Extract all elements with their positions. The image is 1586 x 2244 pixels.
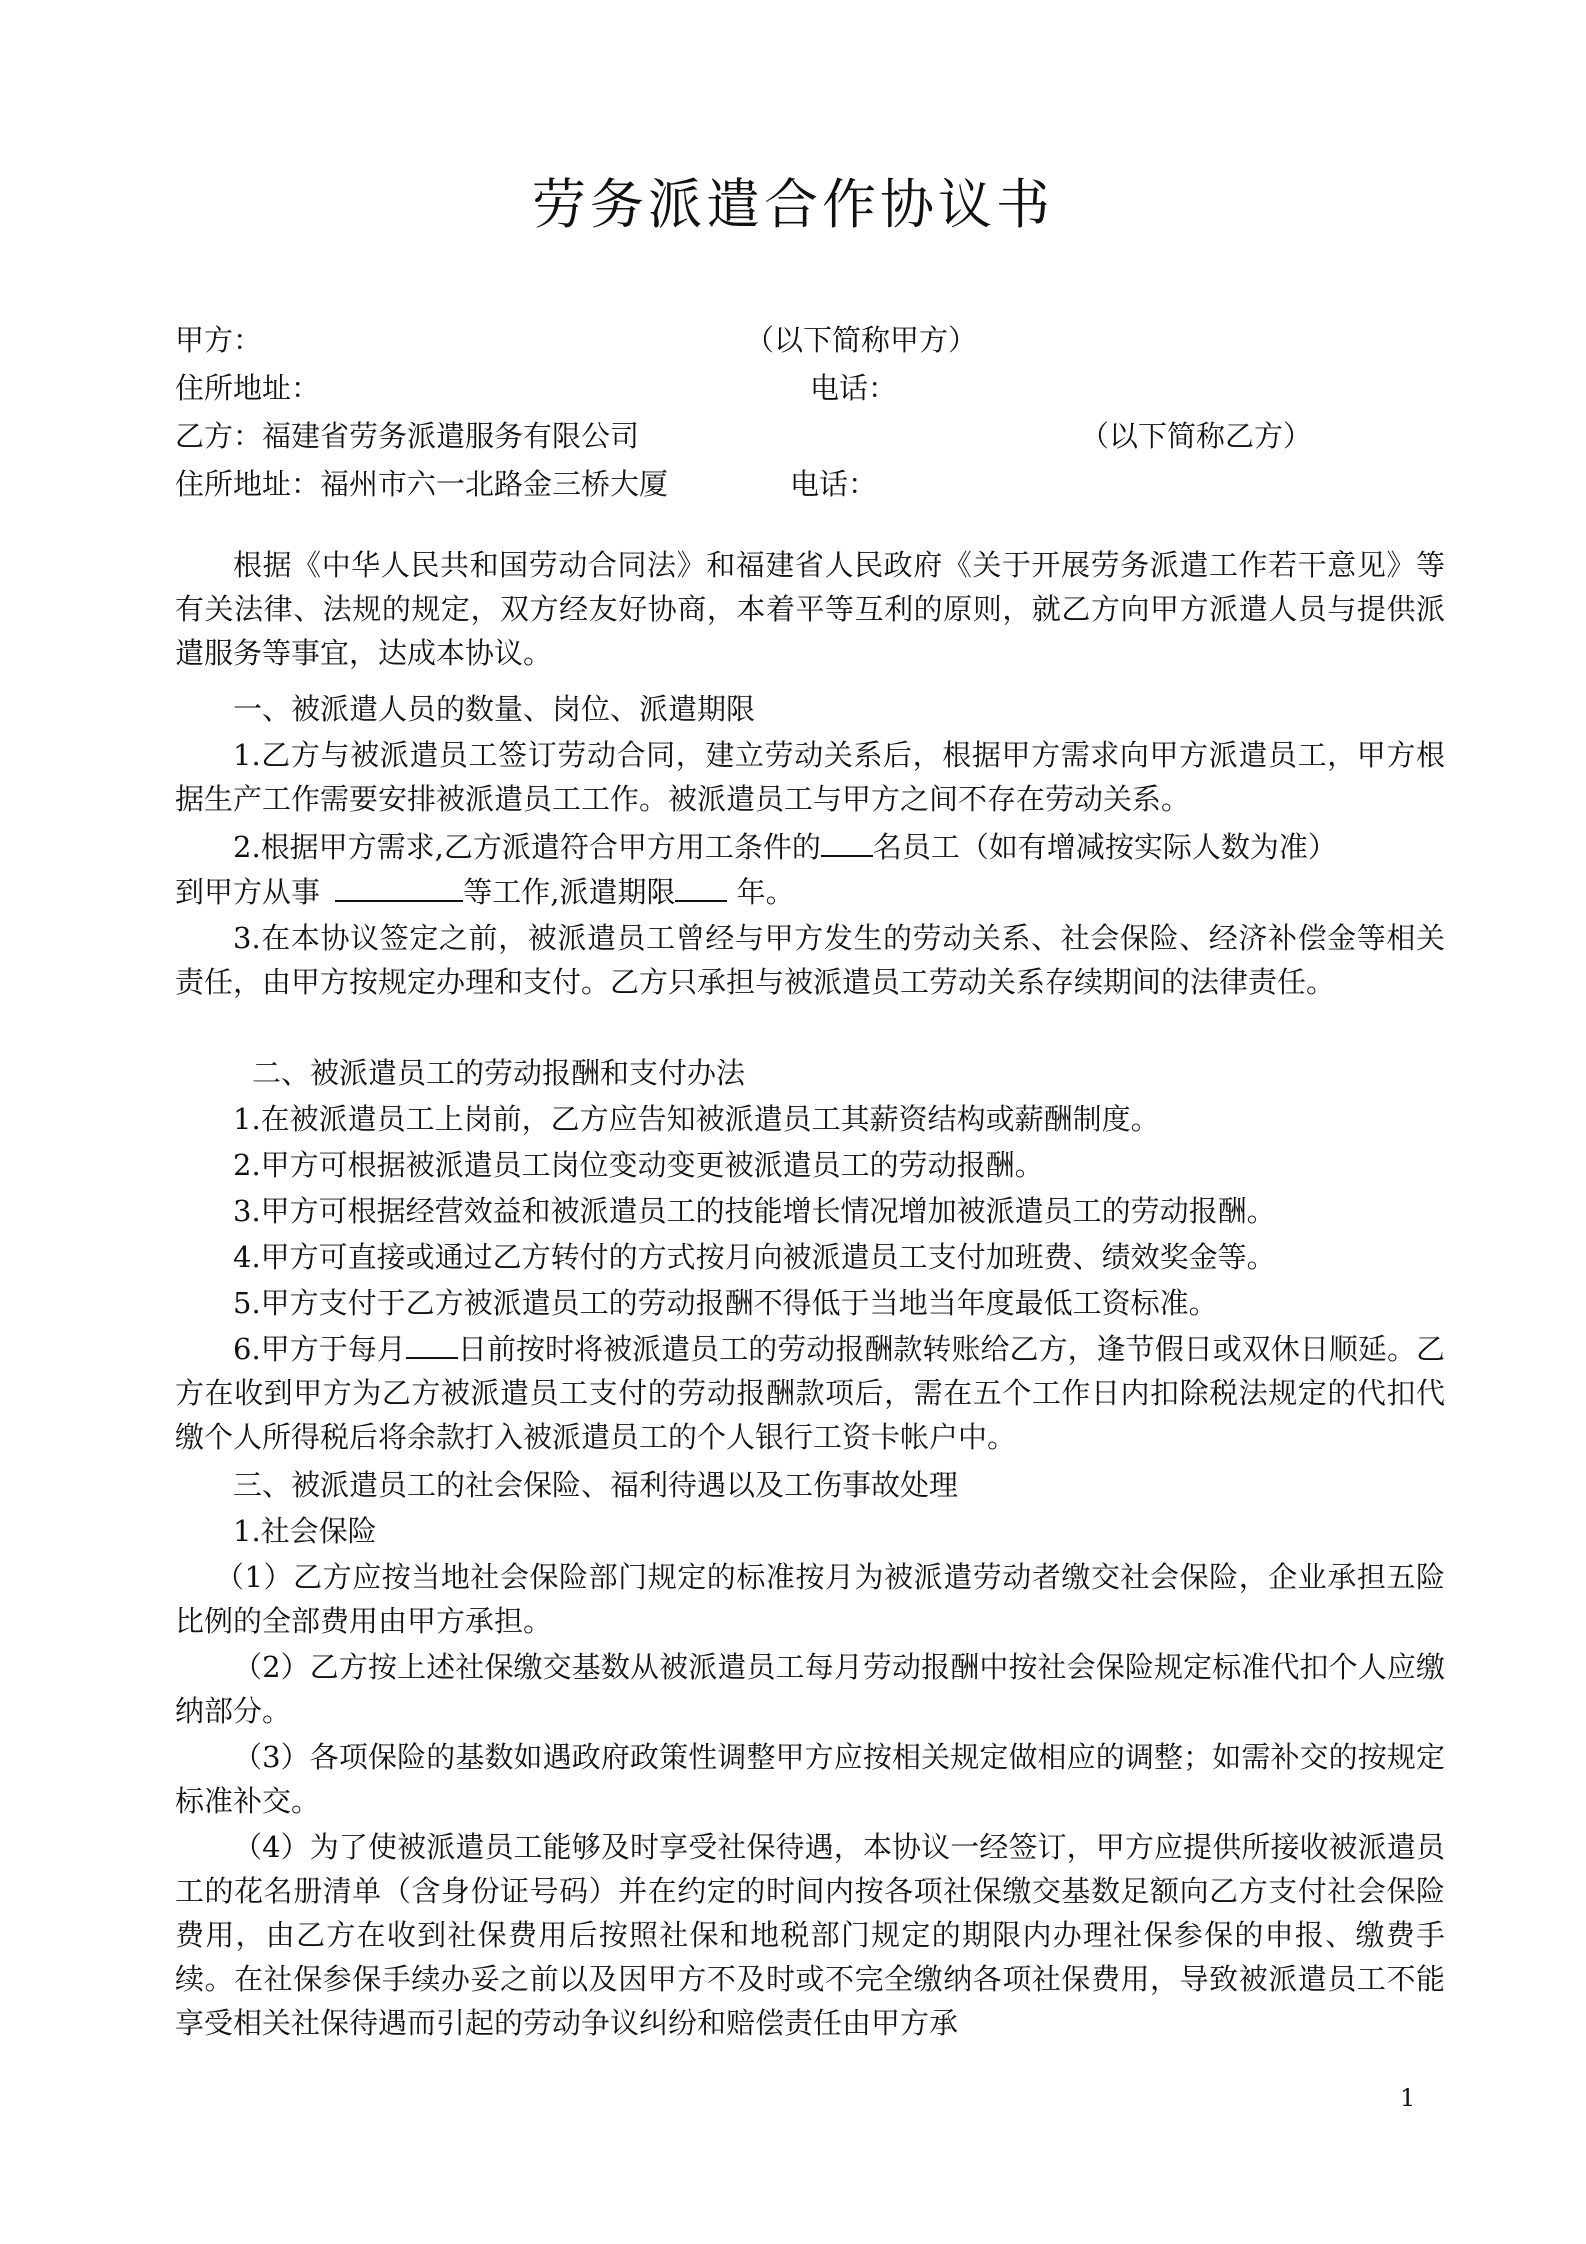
job-position-blank[interactable]	[335, 878, 463, 902]
section-2-heading: 二、被派遣员工的劳动报酬和支付办法	[252, 1051, 745, 1095]
section-3-heading: 三、被派遣员工的社会保险、福利待遇以及工伤事故处理	[233, 1463, 958, 1507]
section-2-item-5: 5.甲方支付于乙方被派遣员工的劳动报酬不得低于当地当年度最低工资标准。	[233, 1281, 1218, 1325]
section-1-item-3: 3.在本协议签定之前，被派遣员工曾经与甲方发生的劳动关系、社会保险、经济补偿金等…	[175, 916, 1445, 1004]
item-2-text-d: 等工作,派遣期限	[463, 875, 675, 909]
section-3-paragraph-2: （2）乙方按上述社保缴交基数从被派遣员工每月劳动报酬中按社会保险规定标准代扣个人…	[175, 1645, 1445, 1733]
item-6-text-a: 6.甲方于每月	[233, 1332, 406, 1366]
section-2-item-1: 1.在被派遣员工上岗前，乙方应告知被派遣员工其薪资结构或薪酬制度。	[233, 1097, 1160, 1141]
section-2-item-2: 2.甲方可根据被派遣员工岗位变动变更被派遣员工的劳动报酬。	[233, 1143, 1044, 1187]
document-page: 劳务派遣合作协议书 甲方： （以下简称甲方） 住所地址： 电话： 乙方：福建省劳…	[0, 0, 1586, 2244]
preamble-paragraph: 根据《中华人民共和国劳动合同法》和福建省人民政府《关于开展劳务派遣工作若干意见》…	[175, 543, 1445, 675]
party-a-address-label: 住所地址：	[175, 366, 320, 410]
item-2-text-c: 到甲方从事	[175, 875, 320, 909]
section-3-sub-1-heading: 1.社会保险	[233, 1509, 377, 1553]
section-2-item-3: 3.甲方可根据经营效益和被派遣员工的技能增长情况增加被派遣员工的劳动报酬。	[233, 1189, 1276, 1233]
party-a-alias: （以下简称甲方）	[745, 318, 977, 362]
party-b-label: 乙方：福建省劳务派遣服务有限公司	[175, 414, 639, 458]
document-title: 劳务派遣合作协议书	[0, 170, 1586, 240]
section-2-item-6: 6.甲方于每月日前按时将被派遣员工的劳动报酬款转账给乙方，逢节假日或双休日顺延。…	[175, 1327, 1445, 1459]
payment-day-blank[interactable]	[406, 1335, 458, 1359]
party-b-phone-label: 电话：	[790, 462, 877, 506]
item-2-text-a: 2.根据甲方需求,乙方派遣符合甲方用工条件的	[233, 830, 821, 864]
item-2-text-b: 名员工（如有增减按实际人数为准）	[873, 830, 1337, 864]
section-3-paragraph-1: （1）乙方应按当地社会保险部门规定的标准按月为被派遣劳动者缴交社会保险，企业承担…	[175, 1555, 1445, 1643]
party-b-alias: （以下简称乙方）	[1080, 414, 1312, 458]
section-3-paragraph-3: （3）各项保险的基数如遇政府政策性调整甲方应按相关规定做相应的调整；如需补交的按…	[175, 1735, 1445, 1823]
item-2-text-e: 年。	[737, 875, 795, 909]
party-a-label: 甲方：	[175, 318, 262, 362]
section-1-heading: 一、被派遣人员的数量、岗位、派遣期限	[233, 687, 755, 731]
section-3-paragraph-4: （4）为了使被派遣员工能够及时享受社保待遇，本协议一经签订，甲方应提供所接收被派…	[175, 1825, 1445, 2045]
section-2-item-4: 4.甲方可直接或通过乙方转付的方式按月向被派遣员工支付加班费、绩效奖金等。	[233, 1235, 1276, 1279]
dispatch-period-blank[interactable]	[675, 878, 727, 902]
section-1-item-2-line-2: 到甲方从事 等工作,派遣期限 年。	[175, 870, 795, 914]
section-1-item-2-line-1: 2.根据甲方需求,乙方派遣符合甲方用工条件的名员工（如有增减按实际人数为准）	[233, 825, 1337, 869]
section-1-item-1: 1.乙方与被派遣员工签订劳动合同，建立劳动关系后，根据甲方需求向甲方派遣员工，甲…	[175, 733, 1445, 821]
page-number: 1	[1400, 2084, 1415, 2112]
party-b-address-label: 住所地址：福州市六一北路金三桥大厦	[175, 462, 668, 506]
party-a-phone-label: 电话：	[810, 366, 897, 410]
employee-count-blank[interactable]	[821, 833, 873, 857]
